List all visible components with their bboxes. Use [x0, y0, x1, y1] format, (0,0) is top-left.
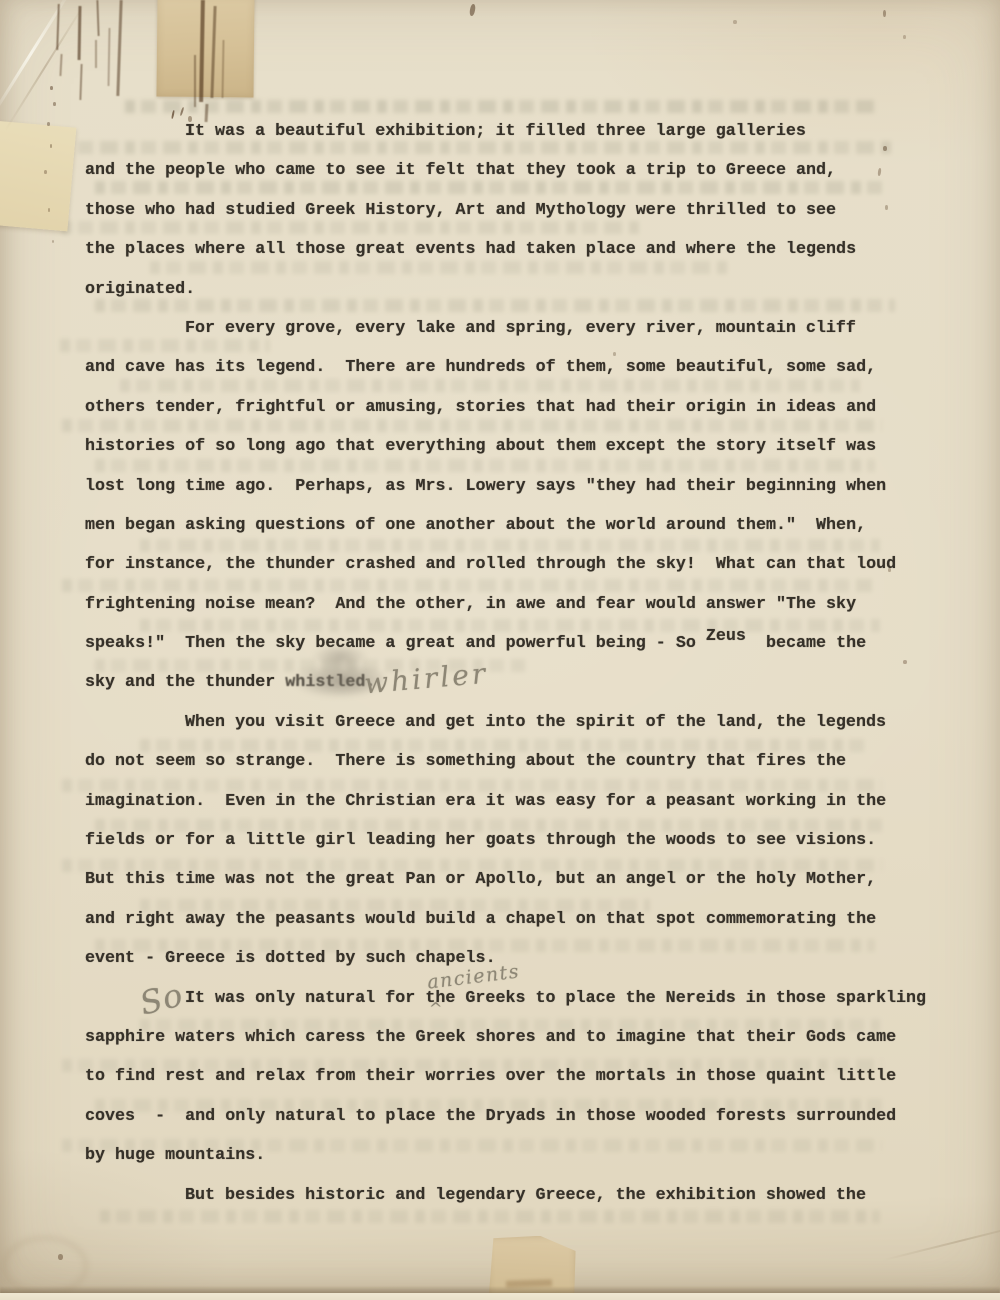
typed-segment: histories of so long ago that everything… — [85, 437, 876, 456]
typed-line: For every grove, every lake and spring, … — [85, 309, 985, 348]
typed-segment: and the people who came to see it felt t… — [85, 161, 836, 180]
typed-line: and the people who came to see it felt t… — [85, 151, 985, 190]
typed-line: But besides historic and legendary Greec… — [85, 1176, 985, 1215]
typed-text: It was a beautiful exhibition; it filled… — [85, 112, 985, 1215]
typed-line: It was a beautiful exhibition; it filled… — [85, 112, 985, 151]
typed-segment: sapphire waters which caress the Greek s… — [85, 1028, 896, 1047]
typed-line: for instance, the thunder crashed and ro… — [85, 545, 985, 584]
dirt-speck — [50, 144, 52, 148]
typed-segment: the places where all those great events … — [85, 240, 856, 259]
typed-segment: those who had studied Greek History, Art… — [85, 201, 836, 220]
typed-segment: for instance, the thunder crashed and ro… — [85, 555, 896, 574]
typed-line: frightening noise mean? And the other, i… — [85, 585, 985, 624]
typed-line: sky and the thunder whistled. — [85, 663, 985, 702]
dirt-speck — [53, 102, 56, 106]
typed-segment: When you visit Greece and get into the s… — [185, 713, 886, 732]
typed-line: histories of so long ago that everything… — [85, 427, 985, 466]
typed-segment: became the — [746, 634, 866, 653]
typed-segment: do not seem so strange. There is somethi… — [85, 752, 846, 771]
typed-segment: For every grove, every lake and spring, … — [185, 319, 856, 338]
dirt-speck — [903, 35, 906, 39]
dirt-speck — [48, 208, 50, 212]
dirt-speck — [188, 116, 192, 122]
typed-line: those who had studied Greek History, Art… — [85, 191, 985, 230]
dirt-speck — [469, 4, 476, 17]
dirt-streak — [107, 28, 110, 86]
typed-segment: But besides historic and legendary Greec… — [185, 1186, 866, 1205]
typed-line: originated. — [85, 270, 985, 309]
dirt-streak — [96, 0, 99, 36]
typed-line: speaks!" Then the sky became a great and… — [85, 624, 985, 663]
typed-segment: others tender, frightful or amusing, sto… — [85, 398, 876, 417]
typed-segment-smudged: whistled. — [285, 673, 375, 692]
tape-artifact-top — [156, 0, 254, 98]
dirt-speck — [44, 170, 47, 174]
typed-segment: It was a beautiful exhibition; it filled… — [185, 122, 806, 141]
typed-line: lost long time ago. Perhaps, as Mrs. Low… — [85, 467, 985, 506]
scan-background-strip — [0, 1293, 1000, 1300]
dirt-speck — [903, 660, 907, 664]
dirt-streak — [59, 54, 62, 76]
dirt-streak — [78, 6, 82, 60]
typed-segment: fields or for a little girl leading her … — [85, 831, 876, 850]
typed-segment: frightening noise mean? And the other, i… — [85, 595, 856, 614]
dirt-streak — [116, 0, 122, 96]
typed-segment: and right away the peasants would build … — [85, 910, 876, 929]
dirt-streak — [56, 4, 60, 50]
typed-line: others tender, frightful or amusing, sto… — [85, 388, 985, 427]
typed-line: the places where all those great events … — [85, 230, 985, 269]
typed-line: event - Greece is dotted by such chapels… — [85, 939, 985, 978]
typed-segment: coves - and only natural to place the Dr… — [85, 1107, 896, 1126]
typed-line: sapphire waters which caress the Greek s… — [85, 1018, 985, 1057]
paper-crease — [4, 3, 85, 131]
manuscript-page: It was a beautiful exhibition; it filled… — [0, 0, 1000, 1300]
typed-line: fields or for a little girl leading her … — [85, 821, 985, 860]
typed-line: men began asking questions of one anothe… — [85, 506, 985, 545]
typed-segment: But this time was not the great Pan or A… — [85, 870, 876, 889]
typed-segment-raised: Zeus — [706, 627, 746, 646]
dirt-streak — [194, 55, 196, 107]
typed-segment: imagination. Even in the Christian era i… — [85, 792, 886, 811]
typed-line: by huge mountains. — [85, 1136, 985, 1175]
dirt-speck — [613, 352, 616, 356]
typed-segment: lost long time ago. Perhaps, as Mrs. Low… — [85, 477, 886, 496]
dirt-speck — [733, 20, 737, 24]
dirt-speck — [885, 205, 888, 210]
dirt-speck — [52, 240, 54, 243]
dirt-speck — [883, 146, 887, 151]
dirt-speck — [50, 86, 53, 90]
dirt-speck — [58, 1254, 63, 1260]
typed-segment: sky and the thunder — [85, 673, 285, 692]
typed-line: and cave has its legend. There are hundr… — [85, 348, 985, 387]
dirt-speck — [47, 122, 50, 126]
typed-segment: originated. — [85, 280, 195, 299]
typed-line: When you visit Greece and get into the s… — [85, 703, 985, 742]
typed-segment: speaks!" Then the sky became a great and… — [85, 634, 706, 653]
dirt-speck — [888, 568, 891, 572]
typed-line: imagination. Even in the Christian era i… — [85, 782, 985, 821]
typed-line: coves - and only natural to place the Dr… — [85, 1097, 985, 1136]
typed-segment: to find rest and relax from their worrie… — [85, 1067, 896, 1086]
typed-line: to find rest and relax from their worrie… — [85, 1057, 985, 1096]
typed-line: It was only natural for the Greeks to pl… — [85, 979, 985, 1018]
typed-line: and right away the peasants would build … — [85, 900, 985, 939]
tape-artifact-left — [0, 121, 76, 232]
typed-segment: men began asking questions of one anothe… — [85, 516, 866, 535]
handwritten-caret: ^ — [429, 999, 442, 1018]
dirt-streak — [79, 64, 82, 100]
typed-segment: event - Greece is dotted by such chapels… — [85, 949, 496, 968]
typed-segment: and cave has its legend. There are hundr… — [85, 358, 876, 377]
typed-segment: by huge mountains. — [85, 1146, 265, 1165]
dirt-streak — [95, 40, 97, 68]
typed-line: do not seem so strange. There is somethi… — [85, 742, 985, 781]
typed-segment: It was only natural for the Greeks to pl… — [185, 989, 926, 1008]
paper-crease — [882, 1221, 1000, 1262]
dirt-speck — [883, 10, 886, 17]
typed-line: But this time was not the great Pan or A… — [85, 860, 985, 899]
